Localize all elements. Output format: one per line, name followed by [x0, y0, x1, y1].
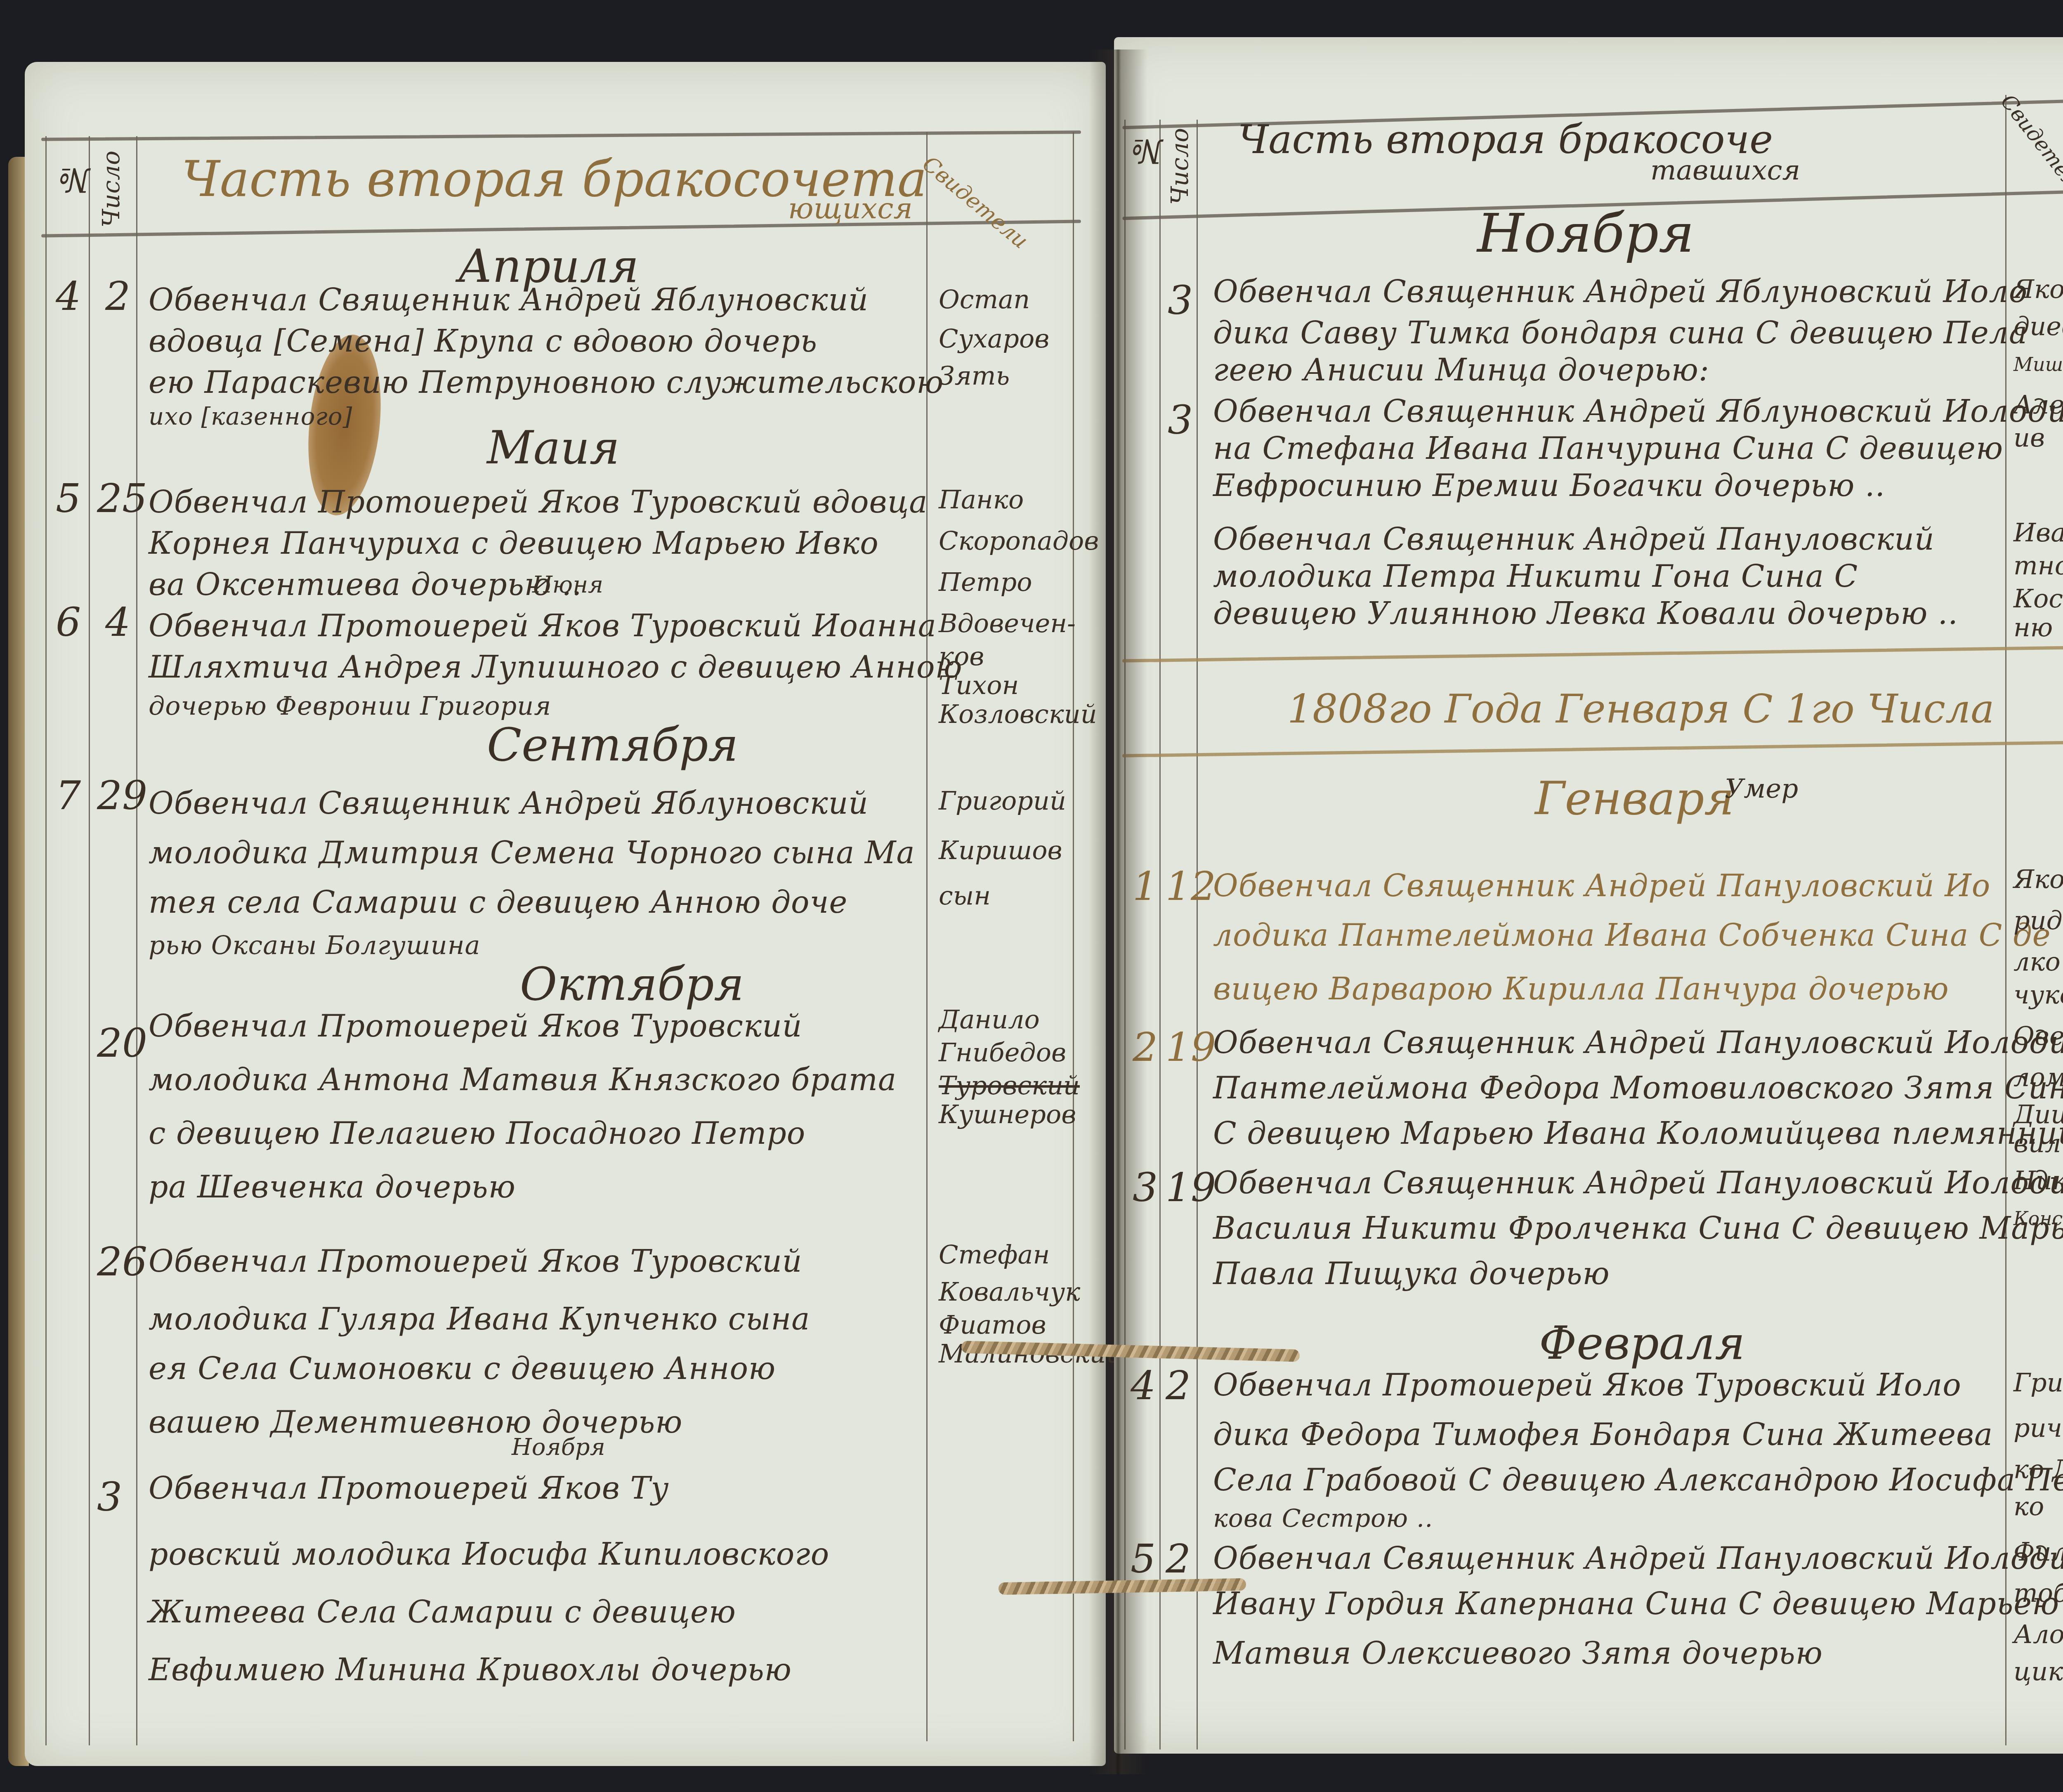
header-top-rule: [41, 130, 1081, 141]
month-heading-january: Генваря: [1535, 776, 1734, 821]
entry-line: Евфимиею Минина Кривохлы дочерью: [149, 1655, 792, 1685]
rule-number-column: [1159, 120, 1161, 1750]
entry-line: ровский молодика Иосифа Кипиловского: [149, 1539, 829, 1570]
witness-name: Панко: [939, 487, 1024, 512]
witness-name: Иван в да: [2013, 520, 2063, 545]
entry-line: на Стефана Ивана Панчурина Сина С девице…: [1213, 433, 2003, 464]
entry-line: Обвенчал Священник Андрей Пануловский Ио…: [1213, 1027, 2063, 1058]
entry-line: дика Савву Тимка бондаря сина С девицею …: [1213, 318, 2028, 348]
witness-name: Ковальчук: [939, 1279, 1080, 1305]
entry-day: 3: [97, 1477, 122, 1517]
witness-name: Кость Панте: [2013, 586, 2063, 611]
witness-name: Данило: [939, 1007, 1040, 1032]
entry-line: Обвенчал Протоиерей Яков Ту: [149, 1473, 669, 1504]
entry-day: 2: [105, 276, 130, 316]
entry-line: Обвенчал Священник Андрей Пануловский Ио…: [1213, 1168, 2063, 1198]
witness-name: Фиатов: [939, 1312, 1046, 1338]
entry-number: 4: [56, 276, 81, 316]
month-heading-february: Февраля: [1539, 1320, 1745, 1366]
header-bottom-rule: [41, 220, 1081, 237]
witness-name: Сухаров: [939, 326, 1049, 352]
witness-name: Мишкино дочер: [2013, 355, 2063, 374]
witness-name: чуков: [2013, 982, 2063, 1008]
witness-name: лко Кавач: [2013, 949, 2063, 975]
entry-line: Шляхтича Андрея Лупишного с девицею Анно…: [149, 652, 963, 682]
entry-line: Житеева Села Самарии с девицею: [149, 1597, 736, 1627]
entry-line: Обвенчал Протоиерей Яков Туровский: [149, 1246, 803, 1277]
entry-day: 12: [1166, 866, 1216, 906]
witness-name: Алоиз в гу: [2013, 1622, 2063, 1647]
right-page: 26 № Число Часть вторая бракосоче тавших…: [1114, 37, 2063, 1754]
entry-day: 3: [1168, 281, 1193, 320]
witness-name: ко Девичерен: [2013, 1457, 2063, 1482]
open-register-book: № Число Часть вторая бракосочета ющихся …: [0, 0, 2063, 1792]
entry-line: Обвенчал Протоиерей Яков Туровский вдовц…: [149, 487, 928, 517]
witness-name-struck: Туровский: [939, 1073, 1080, 1098]
witness-name: Яков Сер: [2013, 276, 2063, 302]
entry-day: 19: [1166, 1168, 1216, 1207]
witness-name: Оверко Ко: [2013, 1023, 2063, 1049]
entry-day: 2: [1166, 1539, 1191, 1579]
entry-line: дочерью Февронии Григория: [149, 693, 551, 719]
page-title: Часть вторая бракосоче: [1238, 120, 1773, 159]
entry-number: 7: [56, 776, 81, 815]
year-banner-top-rule: [1122, 645, 2063, 662]
witness-name: Вдовечен-: [939, 611, 1076, 636]
entry-line: Павла Пищука дочерью: [1213, 1258, 1610, 1289]
witness-name: риденко Оме: [2013, 908, 2063, 933]
entry-line: лодика Пантелеймона Ивана Собченка Сина …: [1213, 920, 2051, 951]
witness-name: Яков Се: [2013, 866, 2063, 892]
rule-left-margin: [45, 136, 47, 1745]
entry-line: Обвенчал Священник Андрей Яблуновский Ио…: [1213, 276, 2028, 307]
entry-line: Обвенчал Протоиерей Яков Туровский Иоло: [1213, 1370, 1962, 1400]
entry-line: С девицею Марьею Ивана Коломийцева племя…: [1213, 1118, 2063, 1149]
book-spine: [1089, 50, 1147, 1774]
witness-name: тобисно: [2013, 1580, 2063, 1606]
entry-line: Обвенчал Священник Андрей Пануловский Ио…: [1213, 1543, 2063, 1574]
page-title-continuation: ющихся: [788, 194, 913, 223]
witness-name: Киришов: [939, 838, 1062, 863]
entry-line: с девицею Пелагиею Посадного Петро: [149, 1118, 805, 1149]
witness-name: ков: [939, 644, 984, 669]
month-heading-november: Ноября: [1477, 206, 1694, 260]
witness-name: диев: [2013, 314, 2063, 339]
entry-line: вдовца [Семена] Крупа с вдовою дочерь: [149, 326, 817, 357]
witness-name: Константинов: [2013, 1209, 2063, 1228]
entry-day: 4: [105, 602, 130, 642]
witness-name: ко: [2013, 1494, 2044, 1519]
entry-line: молодика Гуляра Ивана Купченко сына: [149, 1304, 810, 1334]
month-heading-may: Маия: [487, 425, 620, 470]
entry-line: Обвенчал Протоиерей Яков Туровский: [149, 1011, 803, 1041]
entry-line: Обвенчал Протоиерей Яков Туровский Иоанн…: [149, 611, 937, 641]
entry-line: кова Сестрою ..: [1213, 1506, 1433, 1531]
entry-day: 2: [1166, 1366, 1191, 1405]
witness-name: цикаль: [2013, 1659, 2063, 1684]
entry-day: 25: [97, 479, 147, 518]
witness-name: Петро: [939, 569, 1032, 595]
witness-name: вильцов: [2013, 1131, 2063, 1156]
witness-name: Грицько Пет: [2013, 1370, 2063, 1395]
entry-line: Евфросинию Еремии Богачки дочерью ..: [1213, 470, 1885, 501]
entry-line: ихо [казенного]: [149, 404, 352, 428]
entry-number: 6: [56, 602, 81, 642]
witness-name: Тихон: [939, 673, 1019, 698]
entry-day: 29: [97, 776, 147, 815]
entry-line: ея Села Симоновки с девицею Анною: [149, 1353, 776, 1384]
entry-day: 20: [97, 1023, 147, 1063]
month-heading-october: Октября: [520, 961, 744, 1007]
witness-name: ив: [2013, 425, 2045, 451]
left-page: № Число Часть вторая бракосочета ющихся …: [25, 62, 1106, 1766]
entry-line: вицею Варварою Кирилла Панчура дочерью: [1213, 974, 1949, 1004]
rule-day-column: [136, 136, 137, 1745]
annotation-died: Умер: [1725, 776, 1798, 802]
entry-line: Обвенчал Священник Андрей Яблуновский: [149, 788, 869, 819]
entry-line: ею Параскевию Петруновною служительскою: [149, 367, 944, 398]
rule-day-column: [1197, 120, 1198, 1750]
witness-name: Диц Богомо: [2013, 1102, 2063, 1127]
witness-name: Никифоров: [2013, 1168, 2063, 1193]
witness-name: Скоропадов: [939, 528, 1099, 554]
entry-number: 5: [56, 479, 81, 518]
column-header-number: №: [58, 161, 91, 199]
entry-line: вашею Дементиевною дочерью: [149, 1407, 682, 1438]
year-banner-bottom-rule: [1122, 739, 2063, 757]
entry-line: Пантелеймона Федора Мотовиловского Зятя …: [1213, 1073, 2063, 1103]
month-heading-november: Ноября: [512, 1436, 605, 1459]
entry-line: ра Шевченка дочерью: [149, 1172, 516, 1202]
month-heading-september: Сентября: [487, 722, 738, 767]
entry-line: Василия Никити Фролченка Сина С девицею …: [1213, 1213, 2063, 1244]
entry-line: Матвия Олексиевого Зятя дочерью: [1213, 1638, 1823, 1669]
entry-line: геею Анисии Минца дочерью:: [1213, 355, 1709, 385]
witness-name: Зять: [939, 363, 1010, 389]
witness-name: Кушнеров: [939, 1102, 1076, 1127]
entry-line: Обвенчал Священник Андрей Яблуновский: [149, 285, 869, 315]
witness-name: Остап: [939, 287, 1030, 312]
column-header-witnesses: Свидетели: [919, 153, 1032, 253]
entry-line: Обвенчал Священник Андрей Пануловский Ио: [1213, 871, 1990, 901]
entry-day: 3: [1168, 400, 1193, 440]
entry-line: Корнея Панчуриха с девицею Марьею Ивко: [149, 528, 879, 559]
witness-name: Стефан: [939, 1242, 1050, 1268]
month-heading-june: Июня: [532, 574, 603, 597]
column-header-witnesses: Свидетели: [1997, 91, 2063, 202]
entry-line: молодика Антона Матвия Князского брата: [149, 1065, 897, 1095]
rule-right-margin: [1073, 132, 1074, 1741]
witness-name: ломийцов: [2013, 1065, 2063, 1090]
witness-name: Гнибедов: [939, 1040, 1066, 1065]
entry-day: 19: [1166, 1027, 1216, 1067]
witness-name: Григорий: [939, 788, 1066, 814]
witness-name: Козловский: [939, 701, 1097, 727]
entry-line: Села Грабовой С девицею Александрою Иоси…: [1213, 1465, 2063, 1495]
column-header-day: Число: [1168, 128, 1192, 205]
entry-line: Обвенчал Священник Андрей Яблуновский Ио…: [1213, 396, 2063, 427]
witness-name: тнов Зять: [2013, 553, 2063, 578]
entry-line: молодика Петра Никити Гона Сина С: [1213, 561, 1858, 592]
entry-line: тея села Самарии с девицею Анною доче: [149, 887, 847, 918]
page-title-continuation: тавшихся: [1650, 157, 1800, 184]
entry-day: 26: [97, 1242, 147, 1282]
witness-name: ню: [2013, 615, 2053, 640]
witness-name: риченко Пет: [2013, 1415, 2063, 1441]
entry-line: молодика Дмитрия Семена Чорного сына Ма: [149, 838, 915, 868]
column-header-day: Число: [99, 151, 123, 228]
entry-line: Ивану Гордия Капернана Сина С девицею Ма…: [1213, 1589, 2059, 1619]
entry-line: дика Федора Тимофея Бондаря Сина Житеева: [1213, 1419, 1993, 1450]
entry-line: Обвенчал Священник Андрей Пануловский: [1213, 524, 1935, 555]
witness-name: сын: [939, 883, 991, 909]
year-banner: 1808го Года Генваря С 1го Числа: [1287, 689, 1994, 729]
entry-line: ва Оксентиева дочерью ..: [149, 569, 582, 600]
witness-name: Александров: [2013, 392, 2063, 418]
rule-number-column: [89, 136, 90, 1745]
entry-line: рью Оксаны Болгушина: [149, 933, 480, 958]
witness-name: Филип в дев: [2013, 1539, 2063, 1565]
entry-line: девицею Улиянною Левка Ковали дочерью ..: [1213, 598, 1958, 629]
